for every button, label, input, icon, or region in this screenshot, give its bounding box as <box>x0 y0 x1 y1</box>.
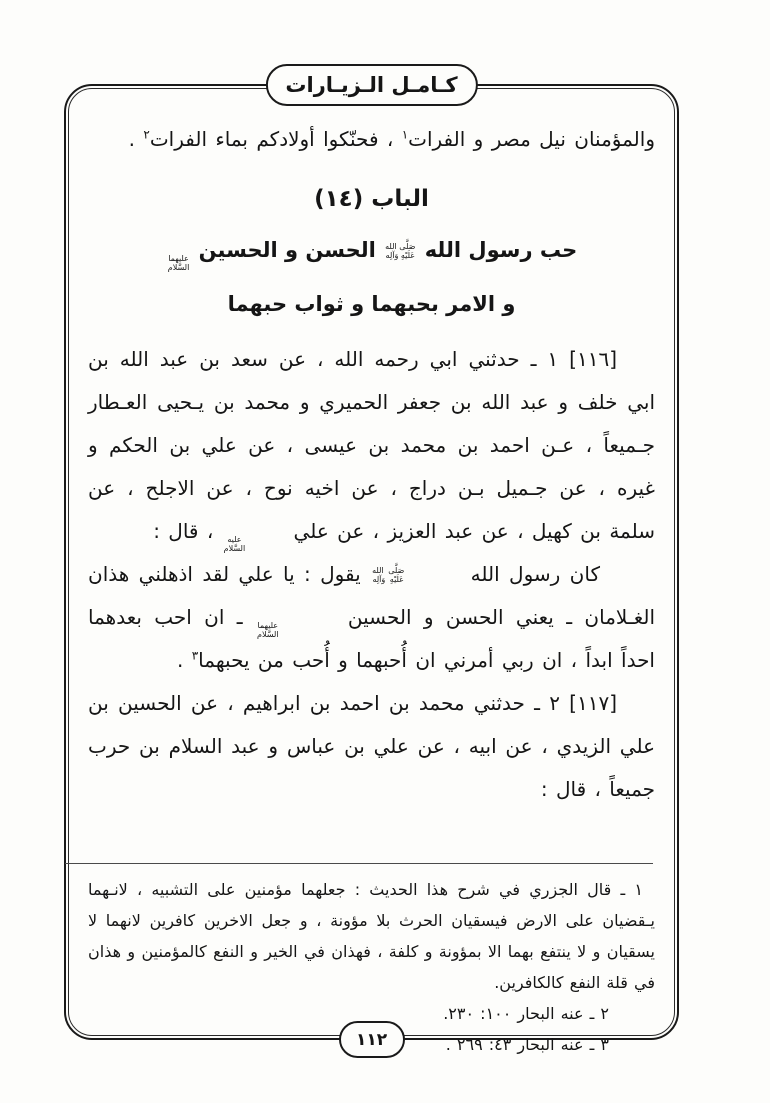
header-title-pill: كـامـل الـزيـارات <box>265 64 477 106</box>
intro-text-2: ، فحنّكوا أولادكم بماء الفرات <box>150 127 402 151</box>
chapter-title-text-2: الحسن و الحسين <box>191 238 383 262</box>
page-content: والمؤمنان نيل مصر و الفرات١ ، فحنّكوا أو… <box>66 86 677 1038</box>
salawat-top: صَلَّى الله <box>385 242 415 251</box>
hadith-116-isnad-text: [١١٦] ١ ـ حدثني ابي رحمه الله ، عن سعد ب… <box>88 347 655 543</box>
hadith-116-isnad-closing: ، قال : <box>153 519 221 543</box>
hadith-116-matn-paragraph: كان رسول الله صَلَّى اللهعَلَيْهِ وَآلِه… <box>88 553 655 682</box>
salawat-bottom: عَلَيْهِ وَآلِه <box>372 575 458 584</box>
page-number: ١١٢ <box>356 1030 387 1050</box>
chapter-number: الباب (١٤) <box>88 186 655 212</box>
footnote-separator <box>65 863 653 864</box>
chapter-subtitle: و الامر بحبهما و ثواب حبهما <box>88 286 655 322</box>
intro-paragraph: والمؤمنان نيل مصر و الفرات١ ، فحنّكوا أو… <box>88 118 655 160</box>
salawat-bottom: عَلَيْهِ وَآلِه <box>386 251 415 260</box>
salam-top: عليه <box>227 535 279 544</box>
salam-honorific-icon: عليهماالسَّلام <box>257 621 334 639</box>
chapter-title-text: حب رسول الله <box>417 238 577 262</box>
hadith-116-matn-text: كان رسول الله <box>461 562 600 586</box>
chapter-title: حب رسول الله صَلَّى اللهعَلَيْهِ وَآلِه … <box>88 228 655 272</box>
salawat-honorific-icon: صَلَّى اللهعَلَيْهِ وَآلِه <box>385 242 415 260</box>
book-title: كـامـل الـزيـارات <box>285 73 457 97</box>
intro-text: والمؤمنان نيل مصر و الفرات <box>408 127 655 151</box>
page-number-pill: ١١٢ <box>339 1021 405 1058</box>
footnote-1: ١ ـ قال الجزري في شرح هذا الحديث : جعلهم… <box>88 874 655 998</box>
hadith-116-isnad-paragraph: [١١٦] ١ ـ حدثني ابي رحمه الله ، عن سعد ب… <box>88 338 655 553</box>
salam-bottom: السَّلام <box>224 544 284 553</box>
intro-text-3: . <box>129 127 144 151</box>
salam-honorific-icon: عليهالسَّلام <box>224 535 284 553</box>
salam-bottom: السَّلام <box>168 263 190 272</box>
salawat-top: صَلَّى الله <box>372 566 459 575</box>
hadith-117-paragraph: [١١٧] ٢ ـ حدثني محمد بن احمد بن ابراهيم … <box>88 682 655 811</box>
salam-bottom: السَّلام <box>257 630 334 639</box>
salam-top: عليهما <box>168 254 189 263</box>
salam-top: عليهما <box>257 621 333 630</box>
salam-honorific-icon: عليهماالسَّلام <box>168 254 190 272</box>
salawat-honorific-icon: صَلَّى اللهعَلَيْهِ وَآلِه <box>372 566 459 584</box>
page-border-frame: كـامـل الـزيـارات والمؤمنان نيل مصر و ال… <box>64 84 679 1040</box>
scanned-book-page: كـامـل الـزيـارات والمؤمنان نيل مصر و ال… <box>0 0 770 1103</box>
hadith-116-matn-text-4: . <box>177 648 192 672</box>
chapter-heading: الباب (١٤) حب رسول الله صَلَّى اللهعَلَي… <box>88 186 655 322</box>
